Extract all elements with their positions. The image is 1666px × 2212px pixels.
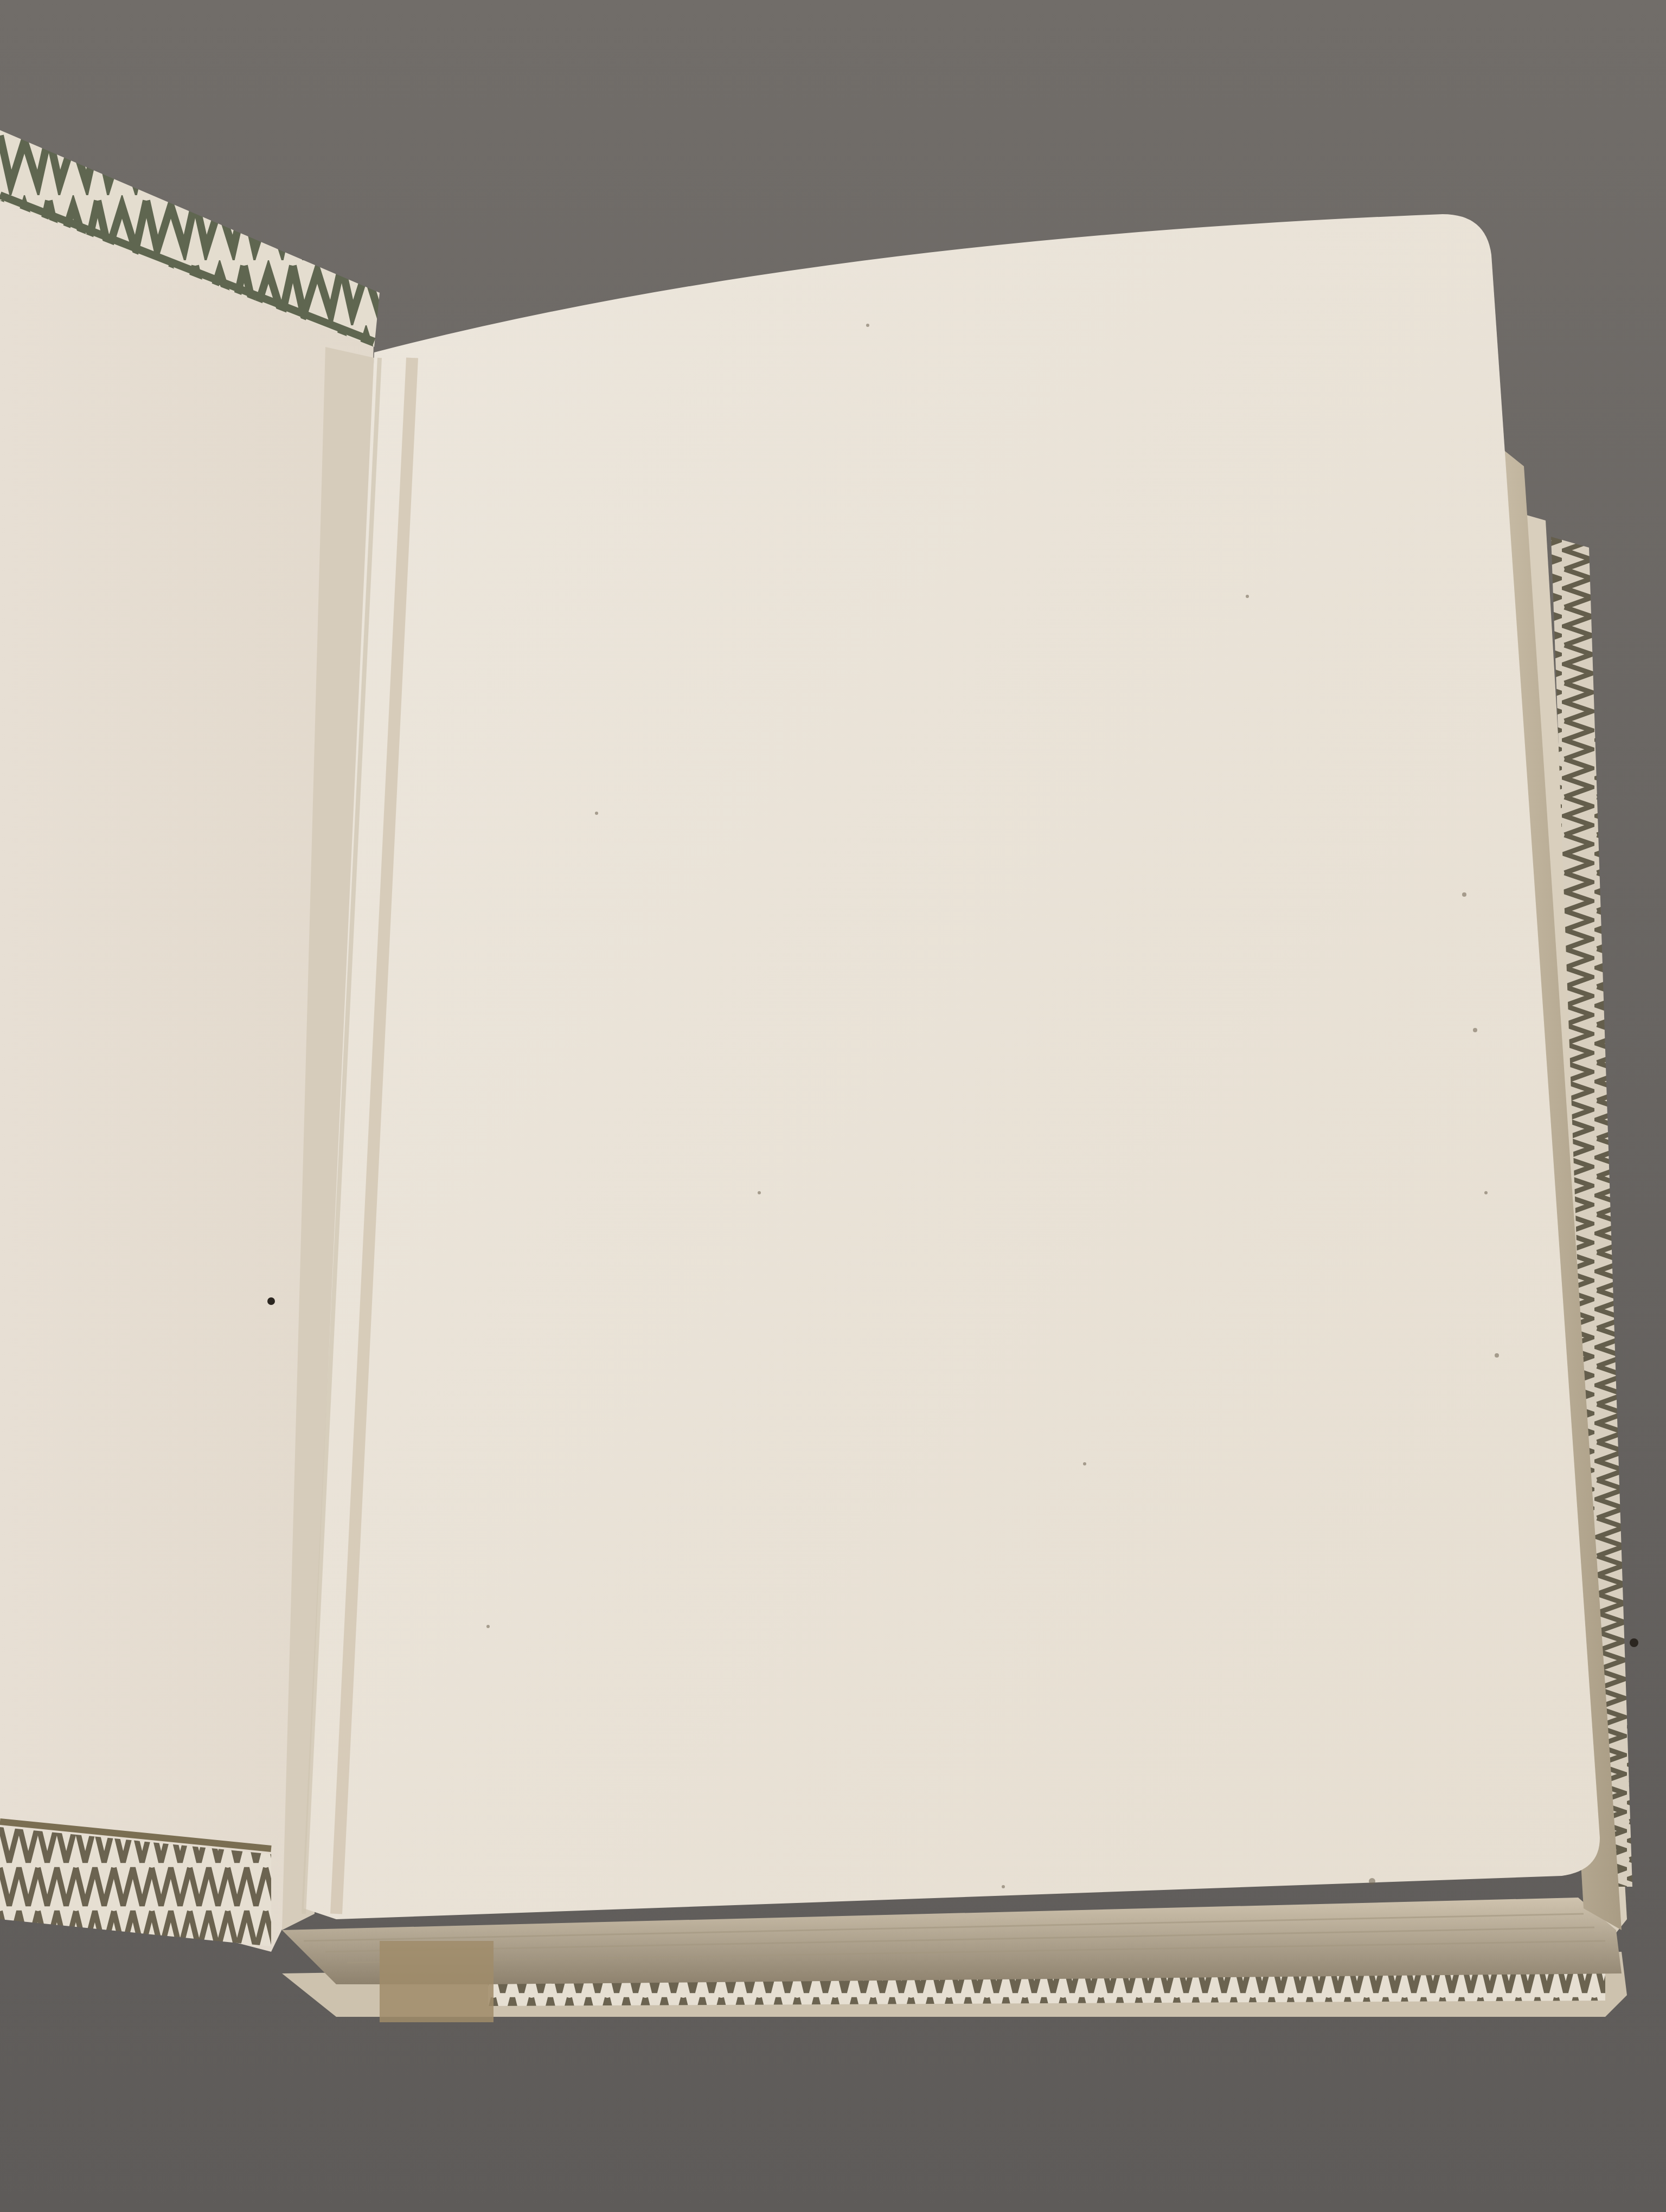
spine-thread bbox=[380, 1941, 494, 2022]
right-page bbox=[304, 214, 1600, 1919]
speck bbox=[1630, 1638, 1638, 1647]
book-illustration bbox=[0, 0, 1666, 2212]
book-photo: Inside front cover (blank) Blank flyleaf… bbox=[0, 0, 1666, 2212]
speck bbox=[267, 1297, 275, 1305]
